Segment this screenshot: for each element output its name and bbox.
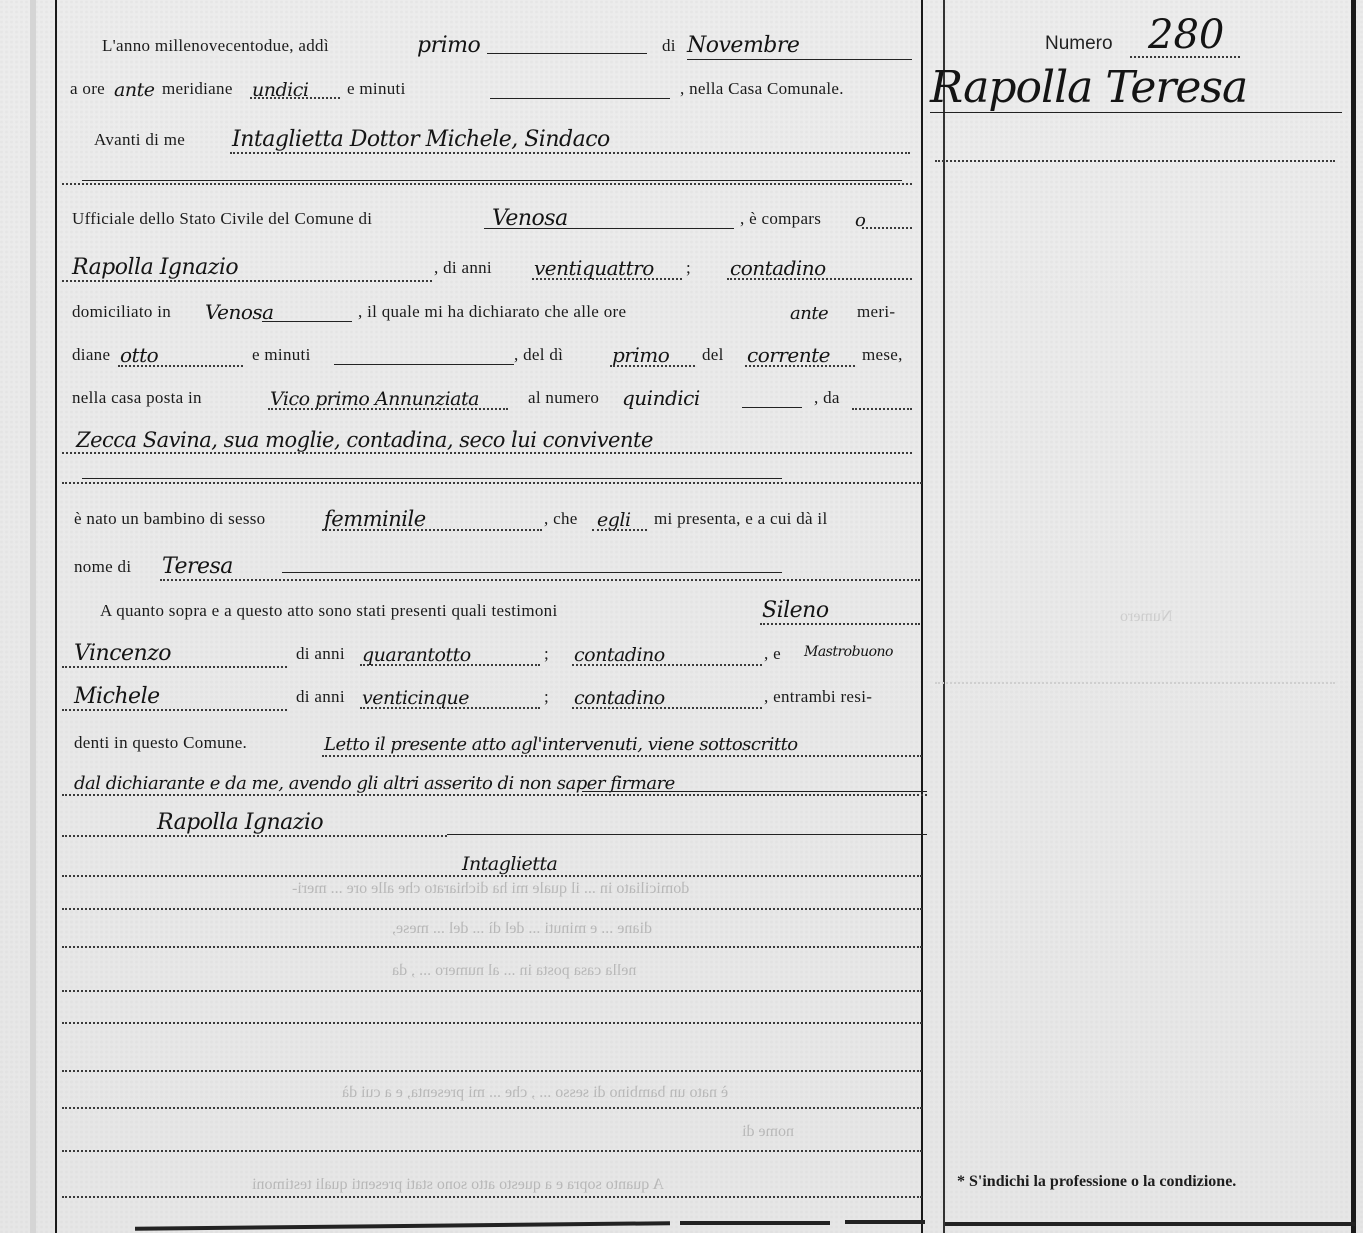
handwritten-closing-1: Letto il presente atto agl'intervenuti, … [324, 734, 798, 755]
printed-text: ; [544, 687, 549, 707]
empty-ruled-line [62, 1022, 922, 1024]
bleed-through-text: diane ... e minuti ... del dì ... del ..… [392, 920, 652, 938]
record-index-column: Numero 280 Rapolla Teresa Numero * S'ind… [930, 0, 1330, 1233]
printed-text: L'anno millenovecentodue, addì [102, 36, 329, 56]
form-line-birth-time: diane otto e minuti , del dì primo del c… [62, 337, 922, 371]
subject-name-rule [930, 112, 1342, 113]
bleed-through-index-line [935, 682, 1335, 684]
printed-text: domiciliato in [72, 302, 171, 322]
printed-text: nella casa posta in [72, 388, 202, 408]
bleed-through-number-label: Numero [1120, 608, 1172, 626]
printed-text: di anni [296, 687, 345, 707]
printed-text: , che [544, 509, 578, 529]
blank-index-line [935, 160, 1335, 162]
handwritten-ante: ante [114, 79, 154, 101]
handwritten-month: Novembre [687, 33, 799, 58]
form-line-witness-2: Michele di anni venticinque ; contadino … [62, 679, 922, 713]
form-line-sex: è nato un bambino di sesso femminile , c… [62, 501, 922, 535]
printed-text: mi presenta, e a cui dà il [654, 509, 827, 529]
form-line-closing-2: dal dichiarante e da me, avendo gli altr… [62, 764, 922, 798]
printed-text: , e [764, 644, 781, 664]
printed-text: , da [814, 388, 840, 408]
empty-ruled-line [62, 1150, 922, 1152]
form-line-declarant: Rapolla Ignazio , di anni ventiquattro ;… [62, 250, 922, 284]
form-line-witness-1: Vincenzo di anni quarantotto ; contadino… [62, 636, 922, 670]
printed-text: , di anni [434, 258, 492, 278]
form-line-child-name: nome di Teresa [62, 549, 922, 583]
form-line-mother: Zecca Savina, sua moglie, contadina, sec… [62, 422, 922, 456]
blank-line [62, 482, 922, 484]
printed-text: diane [72, 345, 110, 365]
bleed-through-text: nella casa posta in ... al numero ... , … [392, 962, 636, 980]
handwritten-day: primo [417, 33, 480, 58]
form-line-date: L'anno millenovecentodue, addì primo di … [62, 28, 922, 62]
handwritten-witness2-surname: Mastrobuono [804, 644, 893, 660]
printed-text: a ore [70, 79, 105, 99]
printed-text: , il quale mi ha dichiarato che alle ore [358, 302, 626, 322]
handwritten-declarant-age: ventiquattro [534, 256, 654, 280]
form-line-residence: domiciliato in Venosa , il quale mi ha d… [62, 294, 922, 328]
printed-text: ; [544, 644, 549, 664]
handwritten-street: Vico primo Annunziata [270, 388, 479, 410]
bottom-rule [845, 1220, 925, 1224]
handwritten-birth-month: corrente [747, 343, 830, 367]
handwritten-egli: egli [597, 509, 631, 531]
handwritten-witness2-age: venticinque [362, 687, 469, 709]
handwritten-witness1-profession: contadino [574, 644, 665, 666]
scanned-register-page: L'anno millenovecentodue, addì primo di … [0, 0, 1363, 1233]
empty-ruled-line [62, 1070, 922, 1072]
signature-line-officer: Intaglietta [62, 845, 922, 879]
printed-text: Ufficiale dello Stato Civile del Comune … [72, 209, 372, 229]
printed-text: denti in questo Comune. [74, 733, 247, 753]
printed-text: , è compars [740, 209, 821, 229]
handwritten-witness1-name: Vincenzo [74, 641, 171, 666]
bottom-rule [945, 1222, 1355, 1226]
handwritten-witness1-age: quarantotto [362, 644, 471, 666]
printed-text: al numero [528, 388, 599, 408]
printed-text: A quanto sopra e a questo atto sono stat… [100, 601, 557, 621]
declarant-signature: Rapolla Ignazio [157, 810, 323, 835]
printed-text: del [702, 345, 724, 365]
birth-record-form: L'anno millenovecentodue, addì primo di … [62, 0, 928, 1233]
handwritten-house-number: quindici [622, 386, 700, 410]
handwritten-declarant-name: Rapolla Ignazio [72, 255, 238, 280]
empty-ruled-line [62, 1107, 922, 1109]
printed-text: ; [686, 258, 691, 278]
record-number-line [1130, 56, 1240, 58]
form-line-witnesses-intro: A quanto sopra e a questo atto sono stat… [62, 593, 922, 627]
bleed-through-text: nome di [742, 1123, 794, 1141]
handwritten-ante-2: ante [790, 303, 828, 324]
handwritten-witness2-name: Michele [74, 684, 160, 709]
form-line-address: nella casa posta in Vico primo Annunziat… [62, 380, 922, 414]
empty-ruled-line [62, 1196, 922, 1198]
printed-text: di [662, 36, 676, 56]
handwritten-sex: femminile [324, 507, 426, 531]
printed-text: è nato un bambino di sesso [74, 509, 265, 529]
printed-text: di anni [296, 644, 345, 664]
binding-shadow [30, 0, 36, 1233]
blank-line [62, 183, 912, 185]
printed-text: e minuti [252, 345, 311, 365]
printed-text: meridiane [162, 79, 233, 99]
record-number-label: Numero [1045, 33, 1113, 55]
footnote: * S'indichi la professione o la condizio… [957, 1173, 1236, 1191]
empty-ruled-line [62, 908, 922, 910]
handwritten-officer: Intaglietta Dottor Michele, Sindaco [232, 127, 610, 152]
blank-line-stroke [82, 180, 902, 181]
handwritten-mother: Zecca Savina, sua moglie, contadina, sec… [76, 428, 653, 452]
printed-text: meri- [857, 302, 895, 322]
handwritten-declarant-profession: contadino [730, 256, 826, 280]
handwritten-birth-day: primo [612, 343, 669, 367]
form-line-closing-1: denti in questo Comune. Letto il present… [62, 725, 922, 759]
handwritten-birth-hour: otto [120, 343, 158, 367]
handwritten-witness2-profession: contadino [574, 687, 665, 709]
form-line-comune: Ufficiale dello Stato Civile del Comune … [62, 201, 922, 235]
bleed-through-text: domiciliato in ... il quale mi ha dichia… [292, 880, 689, 898]
left-margin-rule [55, 0, 57, 1233]
printed-text: nome di [74, 557, 131, 577]
empty-ruled-line [62, 946, 922, 948]
blank-line-stroke [82, 478, 782, 479]
signature-line-declarant: Rapolla Ignazio [62, 805, 922, 839]
handwritten-child-name: Teresa [162, 554, 233, 579]
bleed-through-text: A quanto sopra e a questo atto sono stat… [252, 1176, 664, 1194]
printed-text: Avanti di me [94, 130, 185, 150]
bleed-through-text: è nato un bambino di sesso ... , che ...… [342, 1084, 728, 1102]
printed-text: mese, [862, 345, 903, 365]
printed-text: , del dì [514, 345, 563, 365]
handwritten-witness1-surname: Sileno [762, 598, 829, 623]
form-line-officer: Avanti di me Intaglietta Dottor Michele,… [62, 122, 922, 156]
right-edge-rule [1351, 0, 1356, 1233]
printed-text: e minuti [347, 79, 406, 99]
form-line-time: a ore ante meridiane undici e minuti , n… [62, 71, 922, 105]
printed-text: , nella Casa Comunale. [680, 79, 844, 99]
bottom-rule [680, 1221, 830, 1225]
printed-text: , entrambi resi- [764, 687, 872, 707]
record-number: 280 [1148, 12, 1224, 58]
record-subject-name: Rapolla Teresa [930, 62, 1247, 113]
officer-signature: Intaglietta [462, 853, 557, 875]
empty-ruled-line [62, 990, 922, 992]
